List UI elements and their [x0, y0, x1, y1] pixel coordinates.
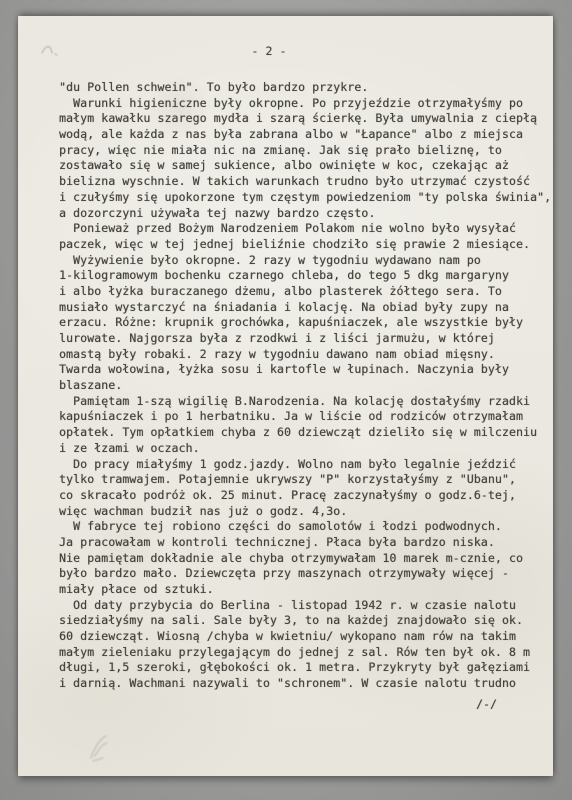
typescript-line: i ze łzami w oczach.: [59, 441, 551, 457]
typescript-line: zostawało się w samej sukience, albo owi…: [59, 158, 551, 174]
typescript-line: Twarda wołowina, łyżka sosu i kartofle w…: [59, 362, 551, 378]
typescript-line: więc wachman budził nas już o godz. 4,3o…: [59, 504, 551, 520]
typescript-line: Ja pracowałam w kontroli technicznej. Pł…: [59, 535, 551, 551]
typescript-line: było bardzo mało. Dziewczęta przy maszyn…: [59, 566, 551, 582]
typescript-line: małym zieleniaku przylegającym do jednej…: [59, 645, 551, 661]
typescript-line: musiało wystarczyć na śniadania i kolacj…: [59, 300, 551, 316]
typescript-line: pracy, więc nie miała nic na zmianę. Jak…: [59, 143, 551, 159]
typescript-line: bielizna wyschnie. W takich warunkach tr…: [59, 174, 551, 190]
typescript-line: lurowate. Najgorsza była z rzodkwi i z l…: [59, 331, 551, 347]
typescript-line: paczek, więc w tej jednej bieliźnie chod…: [59, 237, 551, 253]
typescript-line: W fabryce tej robiono części do samolotó…: [59, 519, 551, 535]
typescript-line: Warunki higieniczne były okropne. Po prz…: [59, 96, 551, 112]
typescript-line: co skracało podróż ok. 25 minut. Pracę z…: [59, 488, 551, 504]
typescript-text: "du Pollen schwein". To było bardzo przy…: [59, 80, 551, 692]
pencil-mark-bottom: [81, 728, 117, 768]
scanned-page: - 2 - "du Pollen schwein". To było bardz…: [18, 16, 553, 776]
typescript-line: 1-kilogramowym bochenku czarnego chleba,…: [59, 268, 551, 284]
pencil-mark-top: [38, 42, 68, 58]
page-number: - 2 -: [219, 44, 319, 58]
typescript-line: Od daty przybycia do Berlina - listopad …: [59, 598, 551, 614]
typescript-line: i czułyśmy się upokorzone tym częstym po…: [59, 190, 551, 206]
typescript-line: miały płace od sztuki.: [59, 582, 551, 598]
typescript-line: Ponieważ przed Bożym Narodzeniem Polakom…: [59, 221, 551, 237]
typescript-line: Wyżywienie było okropne. 2 razy w tygodn…: [59, 253, 551, 269]
typescript-line: Do pracy miałyśmy 1 godz.jazdy. Wolno na…: [59, 457, 551, 473]
typescript-line: i darnią. Wachmani nazywali to "schronem…: [59, 676, 551, 692]
typescript-line: siedziałyśmy na sali. Sale były 3, to na…: [59, 613, 551, 629]
typescript-line: tylko tramwajem. Potajemnie ukrywszy "P"…: [59, 472, 551, 488]
page-background: { "colors": { "background": "#9b9b9a", "…: [0, 0, 572, 800]
typescript-line: omastą były robaki. 2 razy w tygodniu da…: [59, 347, 551, 363]
typescript-line: długi, 1,5 szeroki, głębokości ok. 1 met…: [59, 660, 551, 676]
typescript-line: wodą, ale każda z nas była zabrana albo …: [59, 127, 551, 143]
typescript-line: erzacu. Różne: krupnik grochówka, kapuśn…: [59, 315, 551, 331]
typescript-line: małym kawałku szarego mydła i szarą ście…: [59, 111, 551, 127]
typescript-line: opłatek. Tym opłatkiem chyba z 60 dziewc…: [59, 425, 551, 441]
typescript-line: 60 dziewcząt. Wiosną /chyba w kwietniu/ …: [59, 629, 551, 645]
typescript-line: "du Pollen schwein". To było bardzo przy…: [59, 80, 551, 96]
typescript-line: Pamiętam 1-szą wigilię B.Narodzenia. Na …: [59, 394, 551, 410]
typescript-line: i albo łyżka buraczanego dżemu, albo pla…: [59, 284, 551, 300]
typescript-line: Nie pamiętam dokładnie ale chyba otrzymy…: [59, 551, 551, 567]
typescript-line: blaszane.: [59, 378, 551, 394]
typescript-line: kapuśniaczek i po 1 herbatniku. Ja w liś…: [59, 409, 551, 425]
closing-mark: /-/: [476, 697, 497, 711]
typescript-line: a dozorczyni używała tej nazwy bardzo cz…: [59, 206, 551, 222]
